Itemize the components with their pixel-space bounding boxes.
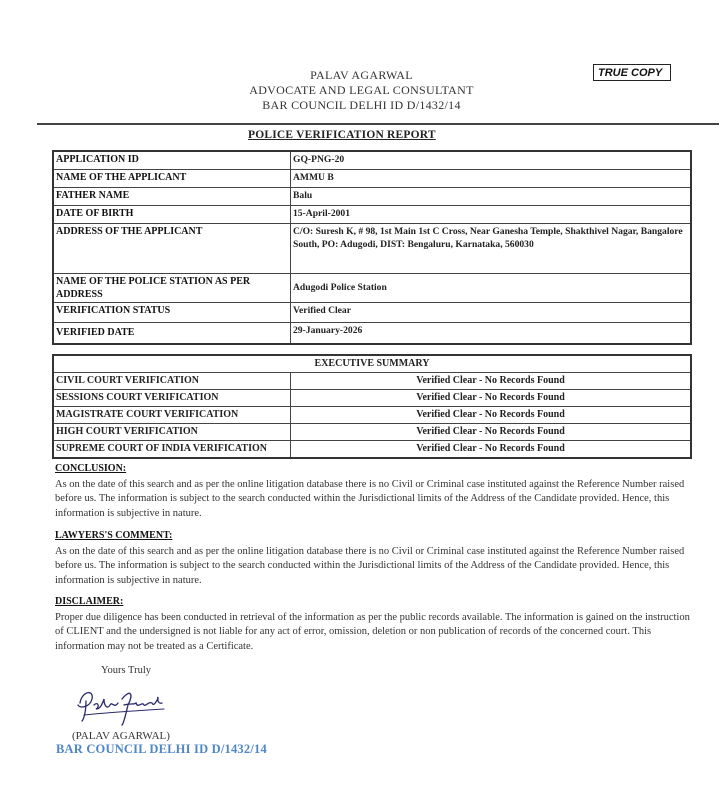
table-row: DATE OF BIRTH 15-April-2001 (53, 205, 691, 223)
table-row: CIVIL COURT VERIFICATION Verified Clear … (53, 373, 691, 390)
table-row: SESSIONS COURT VERIFICATION Verified Cle… (53, 390, 691, 407)
row-value: C/O: Suresh K, # 98, 1st Main 1st C Cros… (291, 223, 692, 273)
signature-icon (72, 683, 172, 728)
row-value: Verified Clear (291, 302, 692, 322)
row-label: DATE OF BIRTH (53, 205, 291, 223)
table-row: ADDRESS OF THE APPLICANT C/O: Suresh K, … (53, 223, 691, 273)
row-value: 15-April-2001 (291, 205, 692, 223)
conclusion-title: CONCLUSION: (55, 462, 695, 477)
true-copy-stamp: TRUE COPY (593, 64, 671, 81)
row-label: NAME OF THE APPLICANT (53, 169, 291, 187)
conclusion-section: CONCLUSION: As on the date of this searc… (55, 462, 695, 521)
table-row: MAGISTRATE COURT VERIFICATION Verified C… (53, 407, 691, 424)
row-label: FATHER NAME (53, 187, 291, 205)
row-value: Verified Clear - No Records Found (291, 424, 692, 441)
table-row: SUPREME COURT OF INDIA VERIFICATION Veri… (53, 441, 691, 459)
lawyers-comment-text: As on the date of this search and as per… (55, 545, 695, 589)
row-value: Adugodi Police Station (291, 273, 692, 302)
table-row: NAME OF THE POLICE STATION AS PER ADDRES… (53, 273, 691, 302)
disclaimer-title: DISCLAIMER: (55, 595, 695, 610)
table-row: VERIFIED DATE 29-January-2026 (53, 322, 691, 344)
row-label: SUPREME COURT OF INDIA VERIFICATION (53, 441, 291, 459)
advocate-title: ADVOCATE AND LEGAL CONSULTANT (0, 83, 728, 98)
disclaimer-section: DISCLAIMER: Proper due diligence has bee… (55, 595, 695, 654)
signatory-bar-id: BAR COUNCIL DELHI ID D/1432/14 (56, 742, 267, 757)
row-label: VERIFICATION STATUS (53, 302, 291, 322)
report-title: POLICE VERIFICATION REPORT (248, 129, 436, 141)
lawyers-comment-section: LAWYERS'S COMMENT: As on the date of thi… (55, 529, 695, 588)
table-row: NAME OF THE APPLICANT AMMU B (53, 169, 691, 187)
row-value: GQ-PNG-20 (291, 151, 692, 169)
signatory-name: (PALAV AGARWAL) (72, 730, 170, 742)
row-label: CIVIL COURT VERIFICATION (53, 373, 291, 390)
closing-text: Yours Truly (101, 665, 151, 676)
table-row: HIGH COURT VERIFICATION Verified Clear -… (53, 424, 691, 441)
header-divider (37, 123, 719, 125)
disclaimer-text: Proper due diligence has been conducted … (55, 611, 695, 655)
table-row: FATHER NAME Balu (53, 187, 691, 205)
row-label: MAGISTRATE COURT VERIFICATION (53, 407, 291, 424)
row-value: AMMU B (291, 169, 692, 187)
lawyers-comment-title: LAWYERS'S COMMENT: (55, 529, 695, 544)
row-label: VERIFIED DATE (53, 322, 291, 344)
row-label: NAME OF THE POLICE STATION AS PER ADDRES… (53, 273, 291, 302)
row-value: Balu (291, 187, 692, 205)
row-label: ADDRESS OF THE APPLICANT (53, 223, 291, 273)
row-value: Verified Clear - No Records Found (291, 441, 692, 459)
row-label: SESSIONS COURT VERIFICATION (53, 390, 291, 407)
summary-heading-row: EXECUTIVE SUMMARY (53, 355, 691, 373)
row-value: Verified Clear - No Records Found (291, 407, 692, 424)
summary-heading: EXECUTIVE SUMMARY (53, 355, 691, 373)
table-row: VERIFICATION STATUS Verified Clear (53, 302, 691, 322)
conclusion-text: As on the date of this search and as per… (55, 478, 695, 522)
advocate-bar-id: BAR COUNCIL DELHI ID D/1432/14 (0, 98, 728, 113)
row-label: APPLICATION ID (53, 151, 291, 169)
applicant-details-table: APPLICATION ID GQ-PNG-20 NAME OF THE APP… (52, 150, 692, 345)
table-row: APPLICATION ID GQ-PNG-20 (53, 151, 691, 169)
row-value: Verified Clear - No Records Found (291, 373, 692, 390)
row-label: HIGH COURT VERIFICATION (53, 424, 291, 441)
row-value: 29-January-2026 (291, 322, 692, 344)
row-value: Verified Clear - No Records Found (291, 390, 692, 407)
executive-summary-table: EXECUTIVE SUMMARY CIVIL COURT VERIFICATI… (52, 354, 692, 459)
